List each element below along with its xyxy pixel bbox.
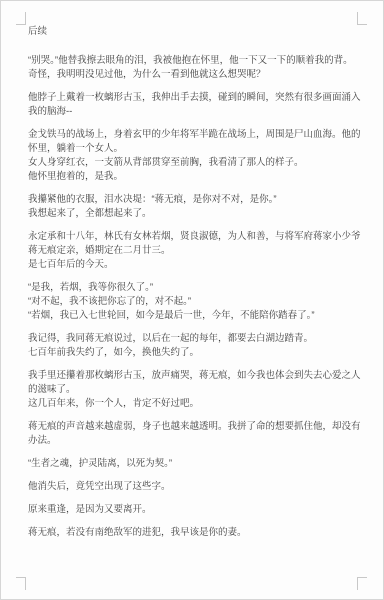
- paragraph: 我记得，我同蒋无痕说过，以后在一起的每年，都要去白湖边踏青。七百年前我失约了，如…: [28, 332, 363, 360]
- margin-crop-mark-top-left: [16, 12, 26, 25]
- paragraph: 永定承和十八年，林氏有女林若烟，贤良淑德，为人和善，与将军府蒋家小少爷蒋无痕定亲…: [28, 230, 363, 272]
- paragraph: 他脖子上戴着一枚螭形古玉，我伸出手去摸，碰到的瞬间，突然有很多画面涌入我的脑海-…: [28, 91, 363, 119]
- paragraph: 他消失后，竟凭空出现了这些字。: [28, 480, 363, 494]
- paragraph: “是我，若烟，我等你很久了。”“对不起，我不该把你忘了的，对不起。”“若烟，我已…: [28, 281, 363, 323]
- margin-crop-mark-bottom-left: [16, 577, 26, 590]
- margin-crop-mark-bottom-right: [357, 577, 367, 590]
- paragraph: “生者之魂，护灵陆离，以死为契。”: [28, 457, 363, 471]
- margin-crop-mark-top-right: [357, 12, 367, 25]
- paragraph: 我手里还攥着那枚螭形古玉，放声痛哭，蒋无痕，如今我也体会到失去心爱之人的滋味了。…: [28, 369, 363, 411]
- text-body[interactable]: 后续 “别哭。”他替我擦去眼角的泪，我被他抱在怀里，他一下又一下的顺着我的背。奇…: [28, 25, 363, 549]
- paragraph: 蒋无痕，若没有南绝敌军的进犯，我早该是你的妻。: [28, 526, 363, 540]
- paragraph: 蒋无痕的声音越来越虚弱，身子也越来越透明。我拼了命的想要抓住他，却没有办法。: [28, 420, 363, 448]
- paragraph: 金戈铁马的战场上，身着玄甲的少年将军半跪在战场上，周围是尸山血海。他的怀里，躺着…: [28, 128, 363, 184]
- paragraph: 我攥紧他的衣服，泪水决堤：“蒋无痕，是你对不对，是你。”我想起来了，全都想起来了…: [28, 193, 363, 221]
- document-page[interactable]: 后续 “别哭。”他替我擦去眼角的泪，我被他抱在怀里，他一下又一下的顺着我的背。奇…: [0, 0, 384, 600]
- section-heading: 后续: [28, 25, 363, 39]
- paragraph: 原来重逢，是因为又要离开。: [28, 503, 363, 517]
- paragraph: “别哭。”他替我擦去眼角的泪，我被他抱在怀里，他一下又一下的顺着我的背。奇怪，我…: [28, 54, 363, 82]
